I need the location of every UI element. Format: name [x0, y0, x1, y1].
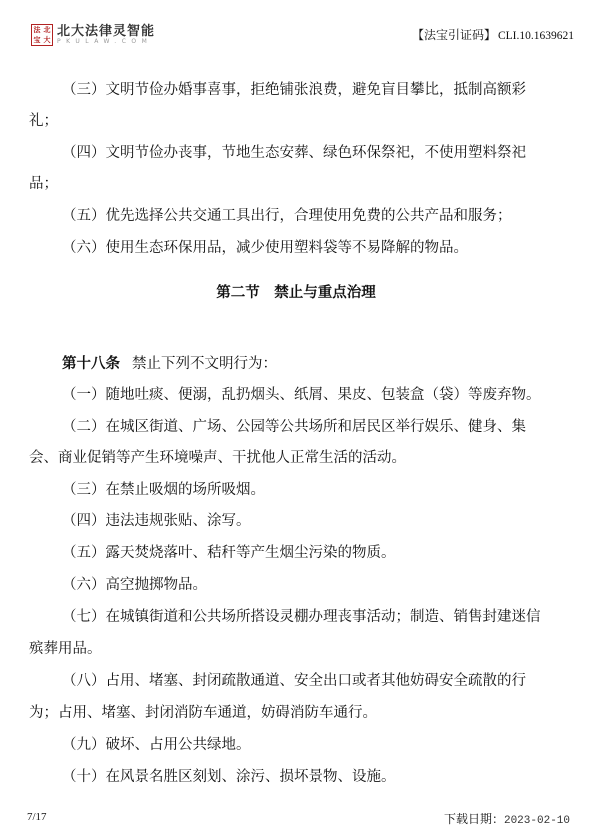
article-item-line: （十）在风景名胜区刻划、涂污、损坏景物、设施。: [0, 768, 592, 786]
paragraph-line: （五）优先选择公共交通工具出行，合理使用免费的公共产品和服务；: [0, 207, 592, 225]
article-item-line: （三）在禁止吸烟的场所吸烟。: [0, 481, 592, 499]
article-item-line: （六）高空抛掷物品。: [0, 576, 592, 594]
seal-char: 北: [42, 25, 52, 35]
seal-icon: 法 北 宝 大: [31, 24, 53, 46]
pkulaw-logo: 法 北 宝 大 北大法律灵智能 PKULAW.COM: [31, 24, 155, 46]
download-date-label: 下载日期：: [444, 812, 504, 826]
citation-label: 【法宝引证码】: [412, 28, 496, 42]
article-item-line: （七）在城镇街道和公共场所搭设灵棚办理丧事活动；制造、销售封建迷信: [0, 608, 592, 626]
page-number: 7/17: [27, 811, 47, 823]
logo-name-cn: 北大法律灵智能: [57, 25, 155, 38]
paragraph-line: （六）使用生态环保用品，减少使用塑料袋等不易降解的物品。: [0, 239, 592, 257]
seal-char: 法: [32, 25, 42, 35]
logo-name-en: PKULAW.COM: [57, 38, 155, 45]
paragraph-line: （三）文明节俭办婚事喜事，拒绝铺张浪费，避免盲目攀比，抵制高额彩: [0, 81, 592, 99]
section-heading: 第二节 禁止与重点治理: [0, 284, 592, 302]
seal-char: 宝: [32, 35, 42, 45]
article-item-line: 为；占用、堵塞、封闭消防车通道，妨碍消防车通行。: [0, 704, 592, 722]
paragraph-line: （四）文明节俭办丧事，节地生态安葬、绿色环保祭祀，不使用塑料祭祀: [0, 144, 592, 162]
article-item-line: （五）露天焚烧落叶、秸秆等产生烟尘污染的物质。: [0, 544, 592, 562]
article-header: 第十八条禁止下列不文明行为：: [0, 355, 592, 373]
article-title: 禁止下列不文明行为：: [132, 356, 277, 372]
article-number: 第十八条: [62, 356, 120, 372]
article-item-line: （一）随地吐痰、便溺，乱扔烟头、纸屑、果皮、包装盒（袋）等废弃物。: [0, 386, 592, 404]
article-item-line: （二）在城区街道、广场、公园等公共场所和居民区举行娱乐、健身、集: [0, 418, 592, 436]
page-header: 法 北 宝 大 北大法律灵智能 PKULAW.COM 【法宝引证码】CLI.10…: [0, 0, 592, 50]
article-item-line: 会、商业促销等产生环境噪声、干扰他人正常生活的活动。: [0, 449, 592, 467]
article-item-line: （四）违法违规张贴、涂写。: [0, 512, 592, 530]
article-item-line: 殡葬用品。: [0, 640, 592, 658]
article-item-line: （八）占用、堵塞、封闭疏散通道、安全出口或者其他妨碍安全疏散的行: [0, 672, 592, 690]
citation-value: CLI.10.1639621: [498, 30, 574, 42]
paragraph-line: 礼；: [0, 112, 592, 130]
article-item-line: （九）破坏、占用公共绿地。: [0, 736, 592, 754]
seal-char: 大: [42, 35, 52, 45]
download-date: 下载日期：2023-02-10: [444, 810, 570, 827]
citation-code: 【法宝引证码】CLI.10.1639621: [412, 26, 574, 43]
paragraph-line: 品；: [0, 175, 592, 193]
download-date-value: 2023-02-10: [504, 815, 570, 827]
